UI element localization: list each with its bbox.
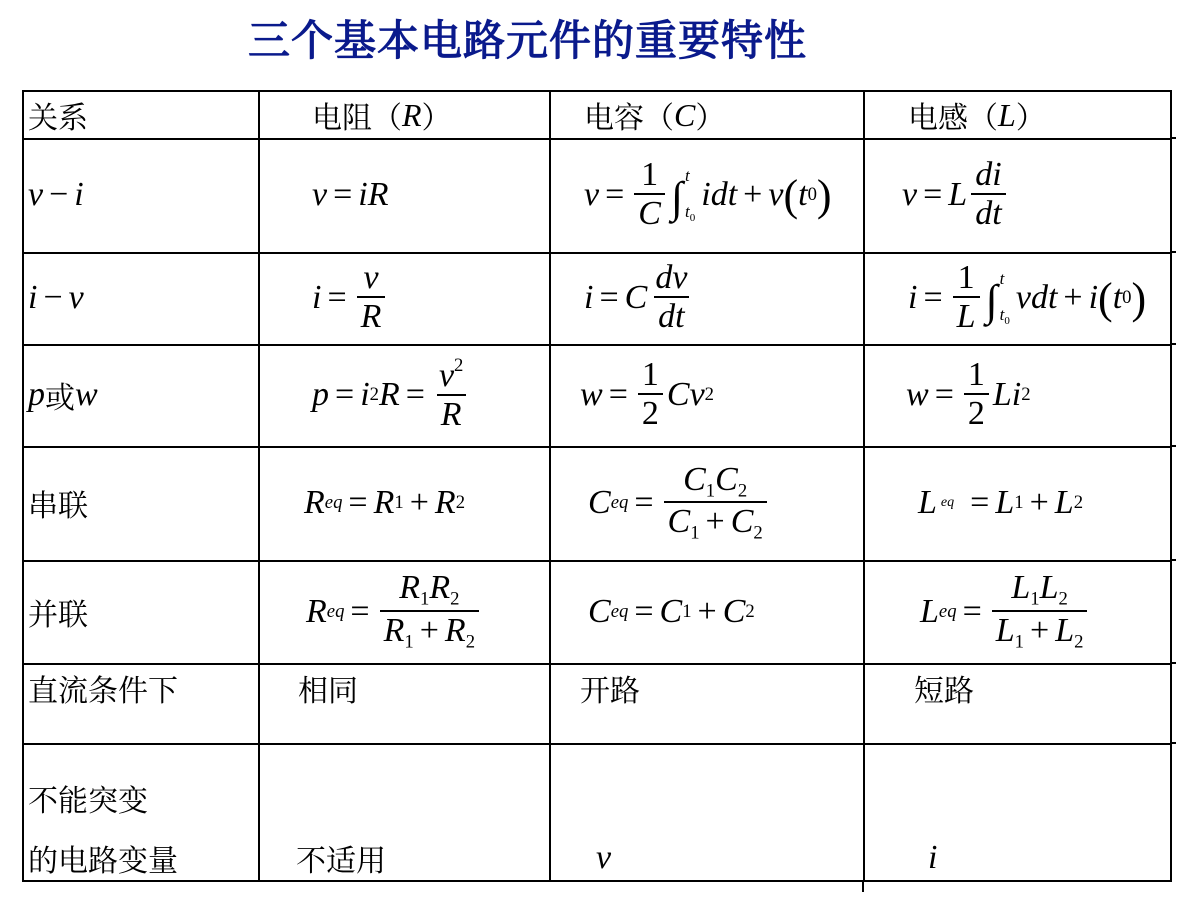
subscript-eq: eq: [611, 601, 629, 622]
numerator: 1: [637, 157, 662, 193]
integral-limits: tt0: [1000, 269, 1010, 327]
var-i: i: [928, 839, 937, 877]
equals-sign: =: [335, 376, 354, 414]
capacitor-i-v: i=C dvdt: [584, 252, 695, 344]
header-capacitor-close: ）: [695, 93, 725, 137]
var-R: R: [445, 612, 466, 649]
fraction: L1L2 L1+L2: [992, 570, 1088, 652]
subscript-1: 1: [394, 492, 403, 514]
subscript-0: 0: [1122, 287, 1131, 309]
var-i: i: [312, 279, 321, 317]
exponent: 2: [1021, 384, 1030, 406]
grid-overhang: [1170, 559, 1176, 561]
capacitor-v-i: v= 1C ∫ tt0 idt+v(t0): [584, 138, 832, 252]
var-L: L: [1055, 484, 1074, 522]
subscript-1: 1: [404, 631, 413, 652]
numerator: v: [359, 260, 382, 296]
subscript-2: 2: [745, 601, 754, 623]
integral-sign: ∫: [671, 172, 683, 223]
capacitor-dc: 开路: [580, 663, 640, 713]
left-paren: (: [783, 170, 798, 221]
subscript-eq: eq: [325, 492, 343, 513]
numerator: R1R2: [395, 570, 463, 609]
var-R: R: [304, 484, 325, 522]
var-L: L: [1040, 569, 1059, 606]
var-R: R: [429, 569, 450, 606]
var-i: i: [584, 279, 593, 317]
minus-sign: −: [49, 176, 68, 214]
header-inductor: 电感（L）: [908, 92, 1046, 138]
var-R: R: [435, 484, 456, 522]
header-resistor: 电阻（R）: [312, 92, 452, 138]
resistor-series: Req=R1+R2: [304, 446, 465, 560]
inductor-i-v: i= 1L ∫ tt0 vdt+i(t0): [908, 252, 1146, 344]
var-i: i: [74, 176, 83, 214]
denominator: L: [957, 298, 976, 335]
var-v: v: [584, 176, 599, 214]
header-inductor-label: 电感（: [908, 93, 998, 137]
equals-sign: =: [634, 484, 653, 522]
var-i: i: [358, 176, 367, 214]
var-p: p: [28, 376, 45, 414]
relation-power-energy: p或w: [28, 344, 98, 446]
var-w: w: [906, 376, 929, 414]
resistor-symbol: R: [402, 97, 422, 134]
subscript-2: 2: [456, 492, 465, 514]
var-L: L: [995, 484, 1014, 522]
var-L: L: [1055, 612, 1074, 649]
var-i: i: [908, 279, 917, 317]
row-divider: [24, 743, 1170, 745]
equals-sign: =: [406, 376, 425, 414]
relation-series: 串联: [28, 446, 88, 560]
var-L: L: [948, 176, 967, 214]
var-i: i: [1089, 279, 1098, 317]
equals-sign: =: [923, 176, 942, 214]
resistor-parallel: Req= R1R2 R1+R2: [306, 560, 483, 663]
plus-sign: +: [420, 612, 439, 649]
relation-v-i: v−i: [28, 138, 84, 252]
capacitor-energy: w= 12 Cv2: [580, 344, 714, 446]
subscript-eq: eq: [327, 601, 345, 622]
grid-overhang: [1170, 343, 1176, 345]
denominator: L1+L2: [992, 610, 1088, 653]
minus-sign: −: [43, 279, 62, 317]
var-v: v: [28, 176, 43, 214]
numerator: C1C2: [679, 462, 751, 501]
var-t: t: [798, 176, 807, 214]
var-i: i: [1012, 376, 1021, 414]
equals-sign: =: [935, 376, 954, 414]
exponent: 2: [454, 355, 463, 376]
var-v: v: [768, 176, 783, 214]
right-paren: ): [817, 170, 832, 221]
subscript-2: 2: [1074, 492, 1083, 514]
numerator: di: [971, 157, 1005, 193]
inductor-v-i: v=L didt: [902, 138, 1010, 252]
var-R: R: [399, 569, 420, 606]
var-i: i: [360, 376, 369, 414]
subscript-1: 1: [1030, 589, 1039, 610]
fraction: C1C2 C1+C2: [664, 462, 767, 544]
subscript-2: 2: [450, 589, 459, 610]
denominator: 2: [964, 393, 989, 432]
relation-dc: 直流条件下: [28, 663, 178, 713]
plus-sign: +: [743, 176, 762, 214]
numerator: 1: [964, 357, 989, 393]
denominator: dt: [971, 193, 1005, 232]
fraction: 1C: [634, 157, 665, 232]
denominator: C1+C2: [664, 501, 767, 544]
properties-table: 关系 电阻（R） 电容（C） 电感（L） v−i v=iR v= 1C ∫ tt…: [22, 90, 1172, 882]
grid-overhang: [1170, 445, 1176, 447]
equals-sign: =: [333, 176, 352, 214]
header-capacitor: 电容（C）: [584, 92, 725, 138]
fraction: 1L: [953, 260, 980, 335]
subscript-2: 2: [738, 480, 747, 501]
equals-sign: =: [350, 593, 369, 631]
subscript-1: 1: [1015, 631, 1024, 652]
numerator: dv: [651, 260, 691, 296]
left-paren: (: [1098, 273, 1113, 324]
lower-limit-sub: 0: [1004, 315, 1010, 327]
var-w: w: [580, 376, 603, 414]
var-v: v: [596, 839, 611, 877]
header-resistor-label: 电阻（: [312, 93, 402, 137]
equals-sign: =: [970, 484, 989, 522]
fraction: 12: [964, 357, 989, 432]
var-i: i: [28, 279, 37, 317]
var-L: L: [918, 484, 937, 522]
relation-continuity-line1: 不能突变: [28, 778, 148, 818]
var-p: p: [312, 376, 329, 414]
subscript-1: 1: [706, 480, 715, 501]
var-L: L: [993, 376, 1012, 414]
upper-limit: t: [685, 166, 695, 186]
subscript-1: 1: [682, 601, 691, 623]
var-v: v: [69, 279, 84, 317]
header-capacitor-label: 电容（: [584, 93, 674, 137]
subscript-eq: eq: [611, 492, 629, 513]
grid-overhang: [862, 880, 864, 892]
denominator: 2: [638, 393, 663, 432]
resistor-power: p=i2R= v2R: [312, 344, 471, 446]
capacitor-parallel: Ceq=C1+C2: [588, 560, 755, 663]
equals-sign: =: [963, 593, 982, 631]
header-relation: 关系: [28, 92, 88, 138]
inductor-dc: 短路: [914, 663, 974, 713]
var-w: w: [75, 376, 98, 414]
exponent: 2: [705, 384, 714, 406]
plus-sign: +: [698, 593, 717, 631]
var-C: C: [667, 376, 690, 414]
denominator: R: [437, 394, 466, 433]
grid-overhang: [1170, 662, 1176, 664]
subscript-2: 2: [1074, 631, 1083, 652]
resistor-continuity: 不适用: [296, 836, 386, 880]
var-R: R: [384, 612, 405, 649]
upper-limit: t: [1000, 269, 1010, 289]
column-divider: [549, 92, 551, 880]
var-L: L: [920, 593, 939, 631]
subscript-1: 1: [690, 523, 699, 544]
fraction: didt: [971, 157, 1005, 232]
or-label: 或: [45, 373, 75, 417]
header-inductor-close: ）: [1016, 93, 1046, 137]
equals-sign: =: [327, 279, 346, 317]
var-v: v: [690, 376, 705, 414]
var-L: L: [1011, 569, 1030, 606]
integral-sign: ∫: [986, 275, 998, 326]
resistor-i-v: i= vR: [312, 252, 389, 344]
var-C: C: [668, 503, 691, 540]
var-t: t: [1113, 279, 1122, 317]
equals-sign: =: [599, 279, 618, 317]
equals-sign: =: [605, 176, 624, 214]
var-C: C: [588, 484, 611, 522]
fraction: dvdt: [651, 260, 691, 335]
numerator: v: [439, 357, 454, 394]
subscript-eq: eq: [939, 601, 957, 622]
var-R: R: [368, 176, 389, 214]
resistor-dc: 相同: [298, 663, 358, 713]
denominator: R: [357, 296, 386, 335]
equals-sign: =: [634, 593, 653, 631]
header-resistor-close: ）: [422, 93, 452, 137]
capacitor-continuity: v: [596, 836, 611, 880]
relation-parallel: 并联: [28, 560, 88, 663]
numerator: 1: [954, 260, 979, 296]
subscript-2: 2: [753, 523, 762, 544]
var-L: L: [996, 612, 1015, 649]
denominator: R1+R2: [380, 610, 479, 653]
fraction: 12: [638, 357, 663, 432]
resistor-v-i: v=iR: [312, 138, 389, 252]
numerator: L1L2: [1007, 570, 1072, 609]
numerator: 1: [638, 357, 663, 393]
relation-i-v: i−v: [28, 252, 84, 344]
var-v: v: [902, 176, 917, 214]
grid-overhang: [1170, 137, 1176, 139]
var-C: C: [660, 593, 683, 631]
column-divider: [258, 92, 260, 880]
equals-sign: =: [923, 279, 942, 317]
integrand: vdt: [1016, 279, 1058, 317]
denominator: C: [638, 195, 661, 232]
exponent: 2: [370, 384, 379, 406]
subscript-2: 2: [1059, 589, 1068, 610]
subscript-0: 0: [808, 184, 817, 206]
integrand: idt: [701, 176, 737, 214]
grid-overhang: [1170, 742, 1176, 744]
plus-sign: +: [1030, 612, 1049, 649]
relation-continuity-line2: 的电路变量: [28, 836, 178, 880]
var-C: C: [683, 461, 706, 498]
var-C: C: [723, 593, 746, 631]
var-v: v: [312, 176, 327, 214]
var-R: R: [374, 484, 395, 522]
inductor-parallel: Leq= L1L2 L1+L2: [920, 560, 1091, 663]
inductor-energy: w= 12 Li2: [906, 344, 1031, 446]
subscript-1: 1: [1014, 492, 1023, 514]
var-C: C: [731, 503, 754, 540]
fraction: vR: [357, 260, 386, 335]
denominator: dt: [654, 296, 688, 335]
var-C: C: [715, 461, 738, 498]
lower-limit-sub: 0: [690, 212, 696, 224]
equals-sign: =: [609, 376, 628, 414]
fraction: R1R2 R1+R2: [380, 570, 479, 652]
var-C: C: [588, 593, 611, 631]
inductor-continuity: i: [928, 836, 937, 880]
subscript-eq: eq: [941, 495, 954, 511]
plus-sign: +: [706, 503, 725, 540]
capacitor-symbol: C: [674, 97, 695, 134]
plus-sign: +: [1063, 279, 1082, 317]
column-divider: [863, 92, 865, 880]
fraction: v2R: [435, 356, 467, 433]
inductor-series: Leq=L1+L2: [918, 446, 1083, 560]
integral-limits: tt0: [685, 166, 695, 224]
page-title: 三个基本电路元件的重要特性: [248, 8, 807, 68]
subscript-2: 2: [466, 631, 475, 652]
inductor-symbol: L: [998, 97, 1016, 134]
plus-sign: +: [1030, 484, 1049, 522]
var-R: R: [379, 376, 400, 414]
var-R: R: [306, 593, 327, 631]
var-C: C: [625, 279, 648, 317]
equals-sign: =: [348, 484, 367, 522]
capacitor-series: Ceq= C1C2 C1+C2: [588, 446, 771, 560]
grid-overhang: [1170, 251, 1176, 253]
right-paren: ): [1132, 273, 1147, 324]
subscript-1: 1: [420, 589, 429, 610]
plus-sign: +: [410, 484, 429, 522]
